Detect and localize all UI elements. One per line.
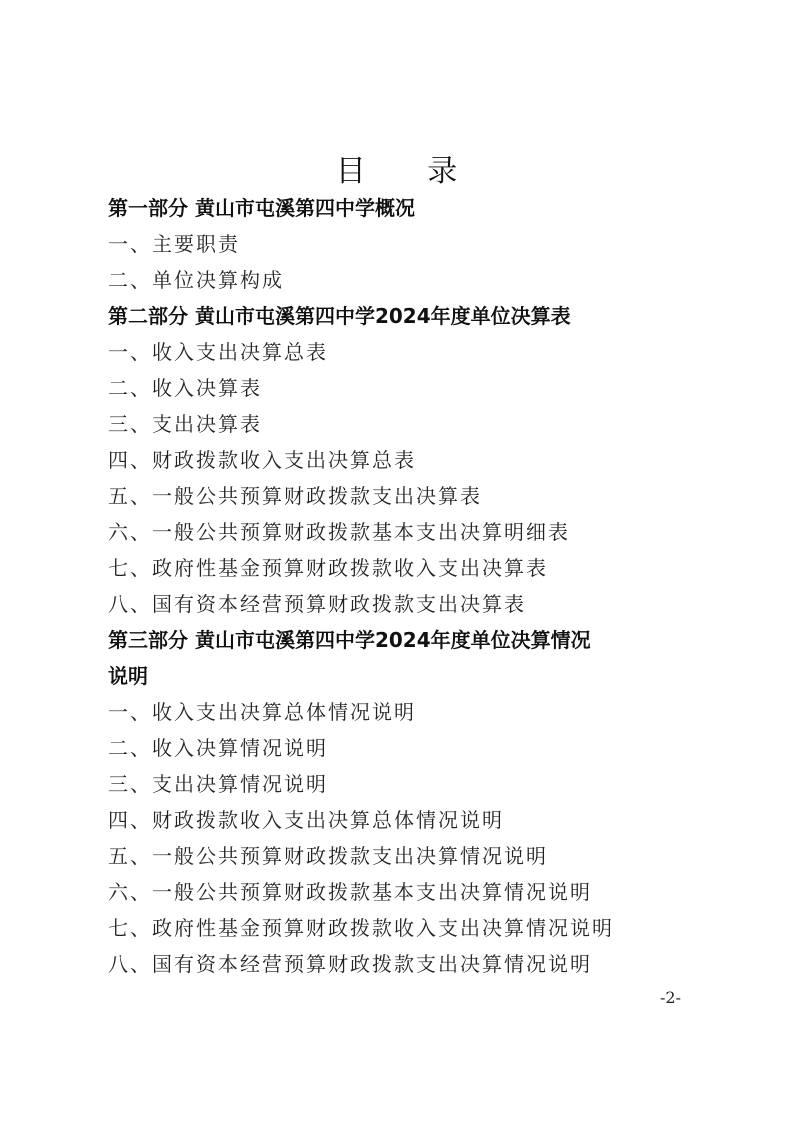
toc-item: 八、国有资本经营预算财政拨款支出决算表 <box>108 586 708 622</box>
toc-item: 四、财政拨款收入支出决算总体情况说明 <box>108 802 708 838</box>
toc-item: 二、单位决算构成 <box>108 262 708 298</box>
toc-item: 三、支出决算情况说明 <box>108 766 708 802</box>
toc-item: 二、收入决算情况说明 <box>108 730 708 766</box>
table-of-contents: 第一部分 黄山市屯溪第四中学概况 一、主要职责 二、单位决算构成 第二部分 黄山… <box>108 190 708 982</box>
toc-item: 一、收入支出决算总表 <box>108 334 708 370</box>
toc-item: 六、一般公共预算财政拨款基本支出决算情况说明 <box>108 874 708 910</box>
toc-item: 一、主要职责 <box>108 226 708 262</box>
toc-item: 七、政府性基金预算财政拨款收入支出决算情况说明 <box>108 910 708 946</box>
toc-item: 二、收入决算表 <box>108 370 708 406</box>
toc-section: 第三部分 黄山市屯溪第四中学2024年度单位决算情况 <box>108 622 708 658</box>
toc-section: 第一部分 黄山市屯溪第四中学概况 <box>108 190 708 226</box>
toc-item: 八、国有资本经营预算财政拨款支出决算情况说明 <box>108 946 708 982</box>
toc-item: 三、支出决算表 <box>108 406 708 442</box>
toc-item: 一、收入支出决算总体情况说明 <box>108 694 708 730</box>
toc-section-continued: 说明 <box>108 658 708 694</box>
toc-item: 五、一般公共预算财政拨款支出决算情况说明 <box>108 838 708 874</box>
toc-item: 五、一般公共预算财政拨款支出决算表 <box>108 478 708 514</box>
page-title: 目 录 <box>0 146 793 190</box>
page-number: -2- <box>660 988 681 1007</box>
toc-section: 第二部分 黄山市屯溪第四中学2024年度单位决算表 <box>108 298 708 334</box>
toc-item: 四、财政拨款收入支出决算总表 <box>108 442 708 478</box>
toc-item: 七、政府性基金预算财政拨款收入支出决算表 <box>108 550 708 586</box>
toc-item: 六、一般公共预算财政拨款基本支出决算明细表 <box>108 514 708 550</box>
